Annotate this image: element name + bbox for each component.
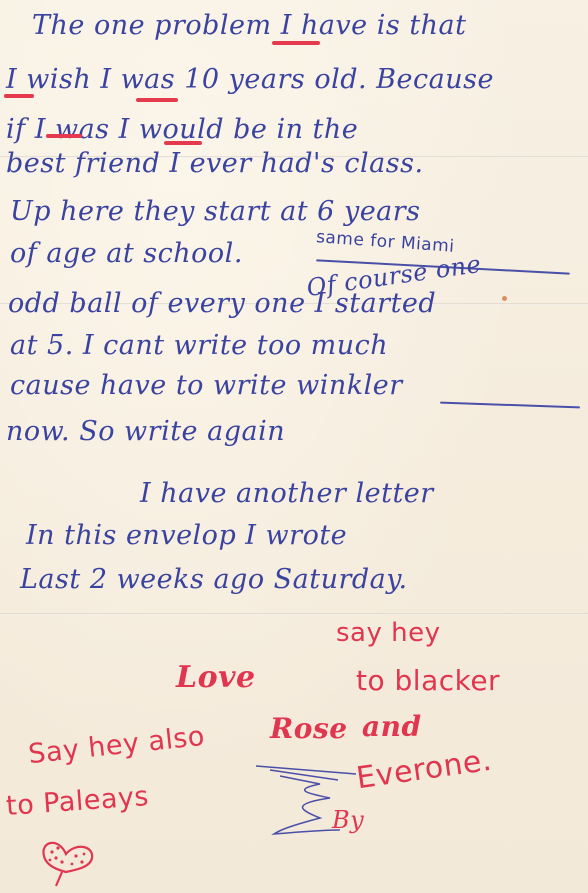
heart-doodle-icon [38,832,98,888]
paper-fold-line [0,613,588,615]
letter-line-4: best friend I ever had's class. [6,148,424,179]
postscript-line-3: Last 2 weeks ago Saturday. [20,564,408,595]
letter-line-10: cause have to write winkler [10,370,403,401]
red-underline [46,134,82,138]
signature-name: Rose [270,712,348,745]
ink-spot [502,296,507,301]
note-right-line-2: to blacker [356,664,500,697]
red-underline [272,41,320,45]
letter-line-9: at 5. I cant write too much [10,330,388,361]
letter-line-6: of age at school. [10,238,243,269]
letter-line-11: now. So write again [6,416,285,447]
letter-line-8: odd ball of every one I started [8,288,436,319]
postscript-line-1: I have another letter [140,478,434,509]
squiggle-flourish-icon [250,760,360,840]
note-right-line-1: say hey [336,618,441,648]
red-underline [4,94,34,98]
letter-line-5: Up here they start at 6 years [10,196,421,227]
letter-line-2: I wish I was 10 years old. Because [6,64,494,95]
closing-love: Love [176,660,256,695]
red-underline [136,98,178,102]
note-right-line-3: and [362,710,422,743]
letter-line-1: The one problem I have is that [32,10,467,41]
postscript-line-2: In this envelop I wrote [26,520,347,551]
red-underline [164,141,202,145]
